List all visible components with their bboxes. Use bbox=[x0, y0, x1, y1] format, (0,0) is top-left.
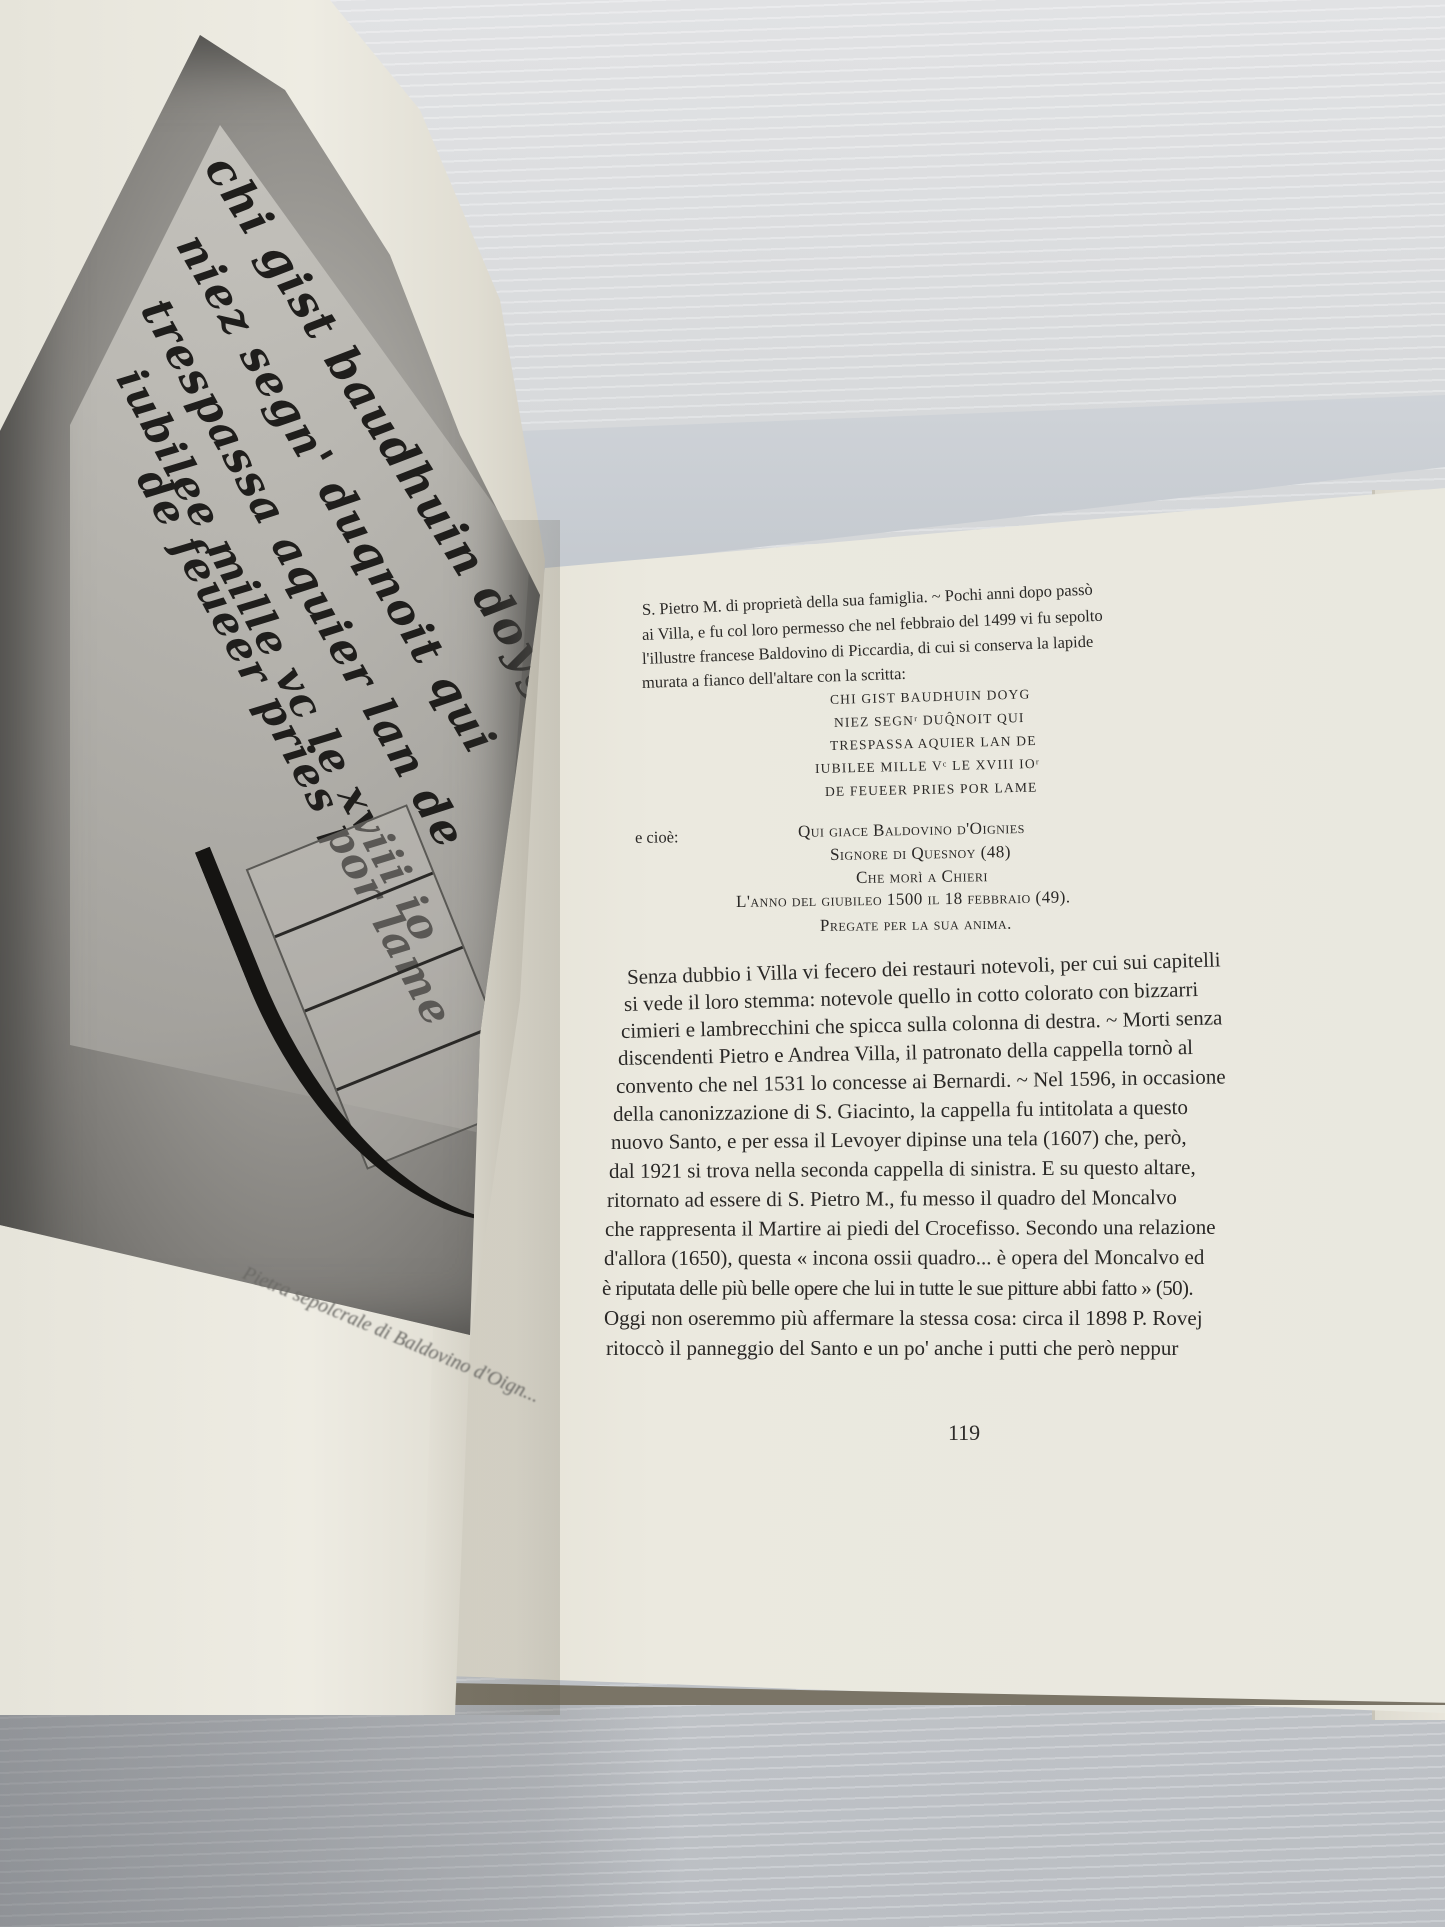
translation-line: Pregate per la sua anima. bbox=[820, 914, 1012, 936]
body-line: d'allora (1650), questa « incona ossii q… bbox=[604, 1245, 1204, 1271]
body-line: nuovo Santo, e per essa il Levoyer dipin… bbox=[611, 1125, 1187, 1155]
translation-line: Signore di Quesnoy (48) bbox=[830, 842, 1011, 865]
body-line: ritoccò il panneggio del Santo e un po' … bbox=[606, 1336, 1178, 1361]
book-shadow bbox=[0, 1700, 680, 1927]
translation-line: Che morì a Chieri bbox=[856, 866, 988, 888]
body-line: Oggi non oseremmo più affermare la stess… bbox=[604, 1306, 1203, 1331]
page-number: 119 bbox=[948, 1420, 980, 1446]
translation-line: Qui giace Baldovino d'Oignies bbox=[798, 818, 1025, 842]
body-line: ritornato ad essere di S. Pietro M., fu … bbox=[607, 1185, 1177, 1213]
body-line: è riputata delle più belle opere che lui… bbox=[602, 1276, 1193, 1301]
body-line: dal 1921 si trova nella seconda cappella… bbox=[609, 1155, 1196, 1184]
translation-label: e cioè: bbox=[635, 827, 679, 848]
body-line: che rappresenta il Martire ai piedi del … bbox=[605, 1215, 1216, 1242]
